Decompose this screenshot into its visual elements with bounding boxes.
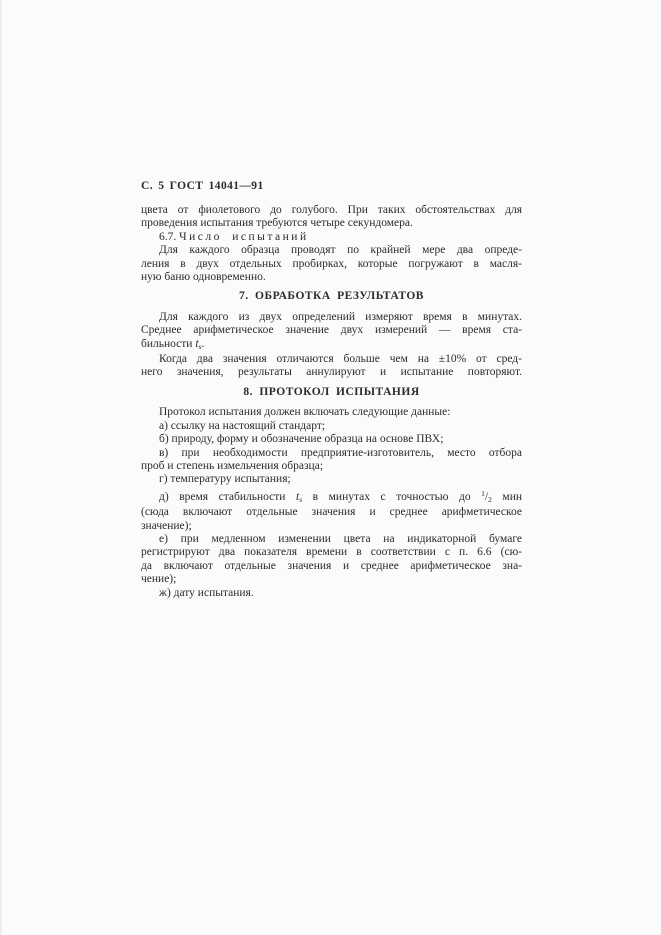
text-line: ную баню одновременно. bbox=[141, 271, 522, 284]
text-line: (сюда включают отдельные значения и сред… bbox=[141, 506, 522, 519]
subsection-heading: 6.7. Число испытаний bbox=[141, 231, 522, 244]
subsection-number: 6.7. bbox=[159, 231, 179, 243]
text-run: д) время стабильности bbox=[159, 491, 296, 503]
text-line: ж) дату испытания. bbox=[141, 587, 522, 600]
text-line: в) при необходимости предприятие-изготов… bbox=[141, 447, 522, 460]
text-line: б) природу, форму и обозначение образца … bbox=[141, 433, 522, 446]
text-line: е) при медленном изменении цвета на инди… bbox=[141, 533, 522, 546]
text-line: Для каждого образца проводят по крайней … bbox=[141, 244, 522, 257]
text-run: мин bbox=[492, 491, 522, 503]
text-line: бильности ts. bbox=[141, 338, 522, 353]
text-line: да включают отдельные значения и среднее… bbox=[141, 560, 522, 573]
text-run: в минутах с точностью до bbox=[302, 491, 481, 503]
text-line: ления в двух отдельных пробирках, которы… bbox=[141, 258, 522, 271]
text-line: проб и степень измельчения образца; bbox=[141, 460, 522, 473]
page-running-header: С. 5 ГОСТ 14041—91 bbox=[141, 180, 264, 192]
section-heading: 8. ПРОТОКОЛ ИСПЫТАНИЯ bbox=[141, 386, 522, 399]
text-run: . bbox=[201, 338, 204, 350]
document-body: цвета от фиолетового до голубого. При та… bbox=[141, 204, 522, 600]
text-line: Среднее арифметическое значение двух изм… bbox=[141, 324, 522, 337]
text-line: регистрируют два показателя времени в со… bbox=[141, 546, 522, 559]
scan-page-edge bbox=[0, 0, 2, 935]
subsection-title: Число испытаний bbox=[179, 231, 308, 243]
text-line: Когда два значения отличаются больше чем… bbox=[141, 353, 522, 366]
text-line: него значения, результаты аннулируют и и… bbox=[141, 366, 522, 379]
text-line: д) время стабильности ts в минутах с точ… bbox=[141, 487, 522, 506]
text-run: бильности bbox=[141, 338, 195, 350]
text-line: значение); bbox=[141, 520, 522, 533]
section-heading: 7. ОБРАБОТКА РЕЗУЛЬТАТОВ bbox=[141, 290, 522, 303]
text-line: проведения испытания требуются четыре се… bbox=[141, 217, 522, 230]
text-line: Протокол испытания должен включать следу… bbox=[141, 406, 522, 419]
text-line: чение); bbox=[141, 573, 522, 586]
text-line: цвета от фиолетового до голубого. При та… bbox=[141, 204, 522, 217]
text-line: а) ссылку на настоящий стандарт; bbox=[141, 420, 522, 433]
text-line: г) температуру испытания; bbox=[141, 473, 522, 486]
text-line: Для каждого из двух определений измеряют… bbox=[141, 311, 522, 324]
